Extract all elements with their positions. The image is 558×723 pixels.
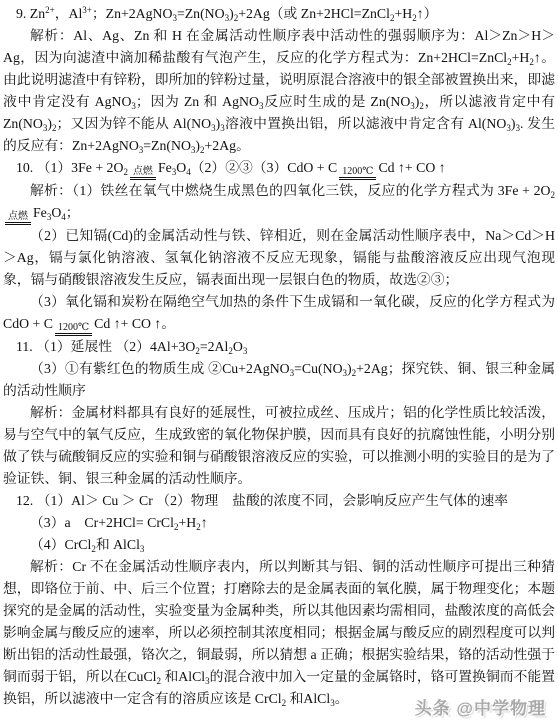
formula-subscript: 3 [506,123,511,133]
formula-subscript: 2 [507,57,512,67]
answer-12-part4: （4）CrCl2和 AlCl3 [3,534,555,556]
formula-superscript: 2+ [45,5,55,15]
formula-subscript: 2 [156,676,161,686]
formula-subscript: 2 [195,346,200,356]
formula-subscript: 3 [172,167,177,177]
formula-subscript: 2 [52,123,57,133]
watermark: 头条 @中学物理 [415,694,546,719]
formula-subscript: 3 [259,101,264,111]
analysis-10-part3: （3）氧化镉和炭粉在隔绝空气加热的条件下生成镉和一氧化碳，反应的化学方程式为 C… [3,291,555,336]
document-page: 9. Zn2+，Al3+；Zn+2AgNO3=Zn(NO3)2+2Ag（或 Zn… [0,0,558,723]
formula-subscript: 2 [282,698,287,708]
formula-subscript: 2 [228,346,233,356]
answer-12-parts1-2: 12. （1）Al＞ Cu ＞ Cr （2）物理 盐酸的浓度不同，会影响反应产生… [3,490,555,512]
formula-subscript: 2 [234,13,239,23]
analysis-10-part1: 解析：（1）铁丝在氧气中燃烧生成黑色的四氧化三铁，反应的化学方程式为 3Fe +… [3,180,555,225]
formula-subscript: 2 [91,544,96,554]
formula-subscript: 4 [186,167,191,177]
analysis-9: 解析：Al、Ag、Zn 和 H 在金属活动性顺序表中活动性的强弱顺序为：Al＞Z… [3,25,555,157]
formula-subscript: 3 [205,676,210,686]
formula-subscript: 3 [131,101,136,111]
formula-subscript: 3 [211,123,216,133]
answer-9: 9. Zn2+，Al3+；Zn+2AgNO3=Zn(NO3)2+2Ag（或 Zn… [3,3,555,25]
formula-subscript: 3 [290,368,295,378]
formula-subscript: 3 [140,544,145,554]
analysis-12: 解析：Cr 不在金属活动性顺序表内，所以判断其与铝、铜的活动性顺序可提出三种猜想… [3,556,555,710]
formula-subscript: 3 [243,346,248,356]
formula-subscript: 3 [410,101,415,111]
analysis-11: 解析：金属材料都具有良好的延展性，可被拉成丝、压成片；铝的化学性质比较活泼，易与… [3,402,555,490]
formula-subscript: 3 [343,368,348,378]
formula-subscript: 2 [551,190,556,200]
formula-superscript: 3+ [82,5,92,15]
reaction-condition: 1200℃ [55,322,92,336]
formula-subscript: 3 [139,145,144,155]
formula-subscript: 3 [191,145,196,155]
formula-subscript: 3 [43,123,48,133]
formula-subscript: 4 [61,212,66,222]
reaction-condition: 点燃 [5,211,31,225]
formula-subscript: 3 [220,123,225,133]
formula-subscript: 2 [123,167,128,177]
answer-11-part3: （3）①有紫红色的物质生成 ②Cu+2AgNO3=Cu(NO3)2+2Ag；探究… [3,358,555,402]
formula-subscript: 3 [515,123,520,133]
answer-11-parts1-2: 11. （1）延展性 （2）4Al+3O2=2Al2O3 [3,336,555,358]
answer-10: 10. （1）3Fe + 2O2点燃Fe3O4（2）②③（3）CdO + C12… [3,157,555,180]
formula-subscript: 2 [174,522,179,532]
formula-subscript: 3 [225,13,230,23]
formula-subscript: 2 [200,145,205,155]
analysis-10-part2: （2）已知镉(Cd)的金属活动性与铁、锌相近，则在金属活动性顺序表中，Na＞Cd… [3,225,555,291]
formula-subscript: 2 [412,13,417,23]
reaction-condition: 1200℃ [339,166,376,180]
formula-subscript: 2 [196,522,201,532]
formula-subscript: 2 [419,101,424,111]
formula-subscript: 3 [47,212,52,222]
answer-12-part3: （3）a Cr+2HCl= CrCl2+H2↑ [3,512,555,534]
formula-subscript: 2 [529,57,534,67]
reaction-condition: 点燃 [130,166,156,180]
formula-subscript: 3 [172,13,177,23]
formula-subscript: 3 [330,698,335,708]
formula-subscript: 2 [390,13,395,23]
formula-subscript: 2 [352,368,357,378]
